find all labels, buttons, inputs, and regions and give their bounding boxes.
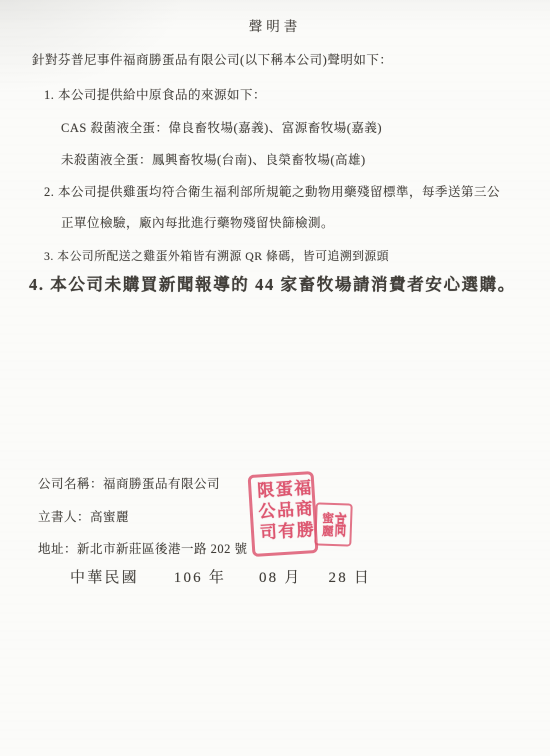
date-era: 中華民國 — [70, 566, 139, 587]
name-seal-right-column: 高 — [334, 506, 347, 543]
company-seal-stamp: 福商勝蛋品有限公司 — [248, 471, 319, 557]
date-day: 28 日 — [329, 566, 372, 587]
list-item-2-line-1: 2. 本公司提供雞蛋均符合衛生福利部所規範之動物用藥殘留標準，每季送第三公 — [44, 182, 500, 200]
source-line-raw: 未殺菌液全蛋：鳳興畜牧場(台南)、良榮畜牧場(高雄) — [61, 150, 366, 168]
footer-company-name: 公司名稱：福商勝蛋品有限公司 — [38, 474, 220, 492]
list-item-4: 4. 本公司未購買新聞報導的 44 家畜牧場請消費者安心選購。 — [29, 271, 516, 295]
footer-signer: 立書人：高蜜麗 — [38, 507, 129, 525]
list-item-2-line-2: 正單位檢驗，廠內每批進行藥物殘留快篩檢測。 — [61, 213, 334, 231]
document-title: 聲明書 — [0, 15, 550, 35]
declaration-document: 聲明書 針對芬普尼事件福商勝蛋品有限公司(以下稱本公司)聲明如下： 1. 本公司… — [0, 0, 550, 756]
footer-date: 中華民國 106 年 08 月 28 日 — [70, 566, 371, 587]
personal-name-seal-stamp: 高 蜜麗 — [314, 502, 352, 546]
date-month: 08 月 — [259, 566, 302, 587]
company-seal-text: 福商勝蛋品有限公司 — [253, 478, 313, 549]
source-line-cas: CAS 殺菌液全蛋：偉良畜牧場(嘉義)、富源畜牧場(嘉義) — [61, 118, 382, 136]
date-year: 106 年 — [174, 566, 226, 587]
footer-address: 地址：新北市新莊區後港一路 202 號 — [38, 539, 248, 557]
intro-statement: 針對芬普尼事件福商勝蛋品有限公司(以下稱本公司)聲明如下： — [32, 50, 392, 68]
list-item-1: 1. 本公司提供給中原食品的來源如下： — [44, 85, 266, 103]
list-item-3: 3. 本公司所配送之雞蛋外箱皆有溯源 QR 條碼，皆可追溯到源頭 — [44, 247, 389, 264]
name-seal-left-column: 蜜麗 — [320, 511, 334, 537]
